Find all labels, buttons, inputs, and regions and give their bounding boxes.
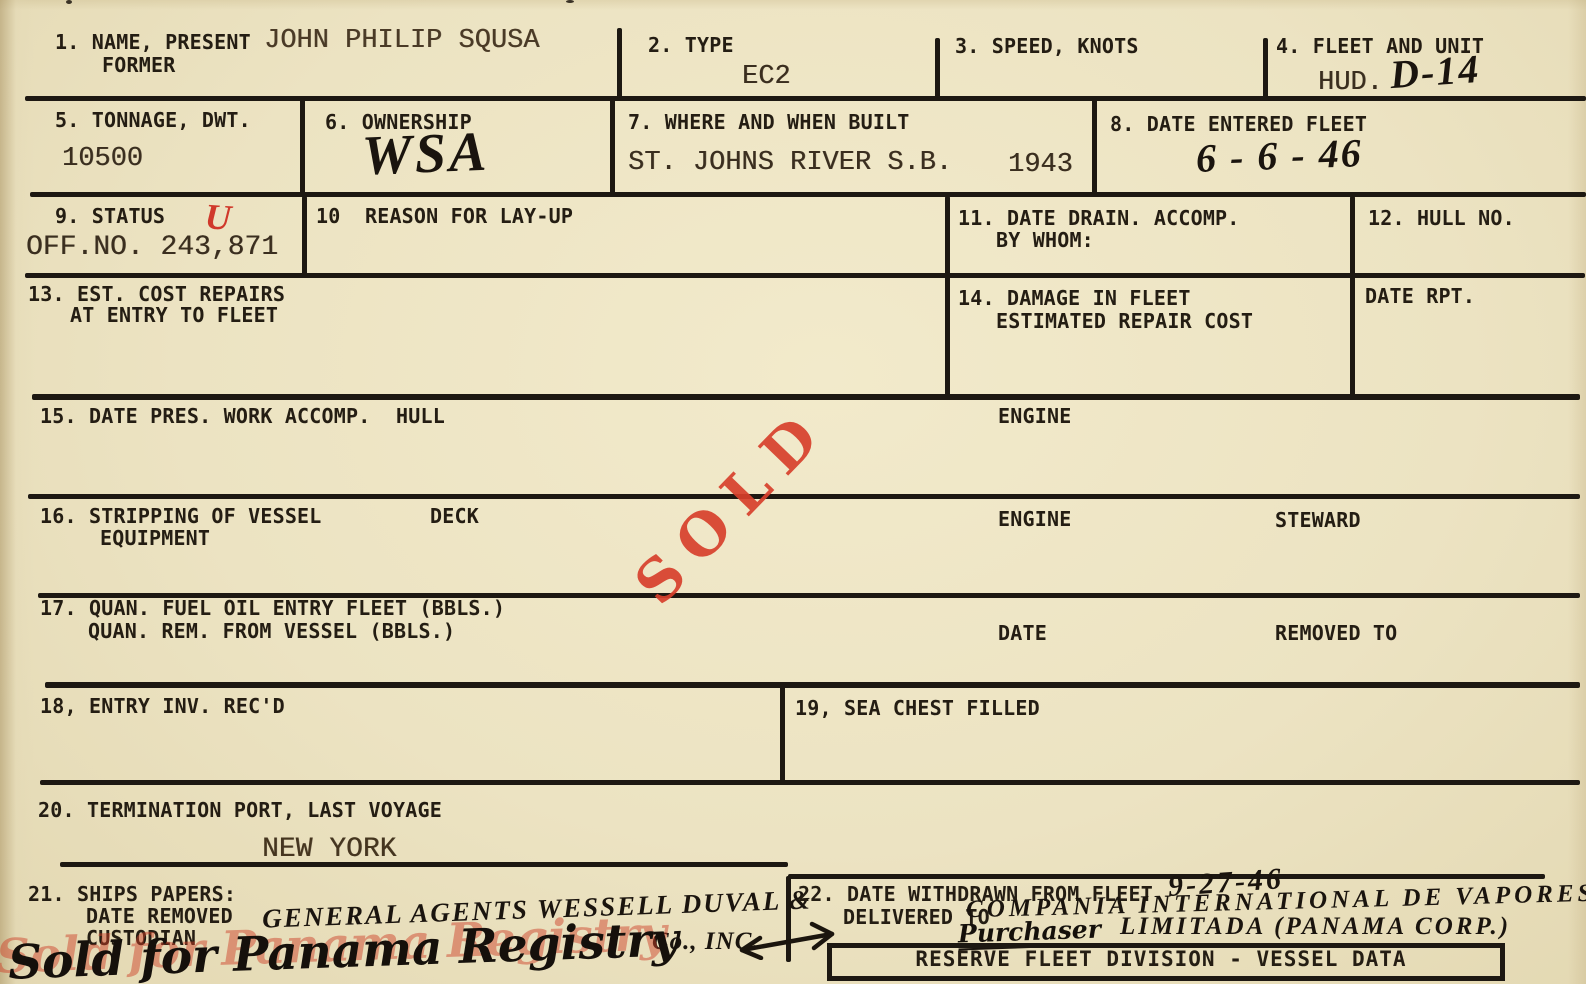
- field-15-engine-label: ENGINE: [998, 406, 1071, 427]
- field-7-label: 7. WHERE AND WHEN BUILT: [628, 112, 910, 133]
- field-14-date-rpt-label: DATE RPT.: [1365, 286, 1475, 307]
- grid-line-v: [780, 686, 785, 783]
- field-9-official-number: OFF.NO. 243,871: [26, 232, 278, 263]
- field-13-label2: AT ENTRY TO FLEET: [70, 305, 278, 326]
- grid-line-v: [1263, 38, 1268, 98]
- field-8-handwritten-value: 6 - 6 - 46: [1195, 129, 1363, 182]
- field-1-value: JOHN PHILIP SQUSA: [264, 26, 539, 56]
- field-17-label2: QUAN. REM. FROM VESSEL (BBLS.): [88, 621, 455, 642]
- field-17-label: 17. QUAN. FUEL OIL ENTRY FLEET (BBLS.): [40, 598, 505, 619]
- field-15-hull-label: HULL: [396, 406, 445, 427]
- paper-speck: [566, 0, 574, 3]
- field-4-handwritten-value: D-14: [1388, 45, 1481, 98]
- field-16-deck-label: DECK: [430, 506, 479, 527]
- grid-line-h: [60, 862, 788, 867]
- field-5-value: 10500: [62, 144, 143, 174]
- sold-stamp: SOLD: [595, 367, 870, 644]
- field-1-former-label: FORMER: [102, 55, 175, 76]
- field-4-typed-value: HUD.: [1318, 68, 1383, 98]
- field-2-value: EC2: [742, 62, 791, 92]
- field-16-steward-label: STEWARD: [1275, 510, 1361, 531]
- field-1-label: 1. NAME, PRESENT: [55, 32, 251, 53]
- field-11-label: 11. DATE DRAIN. ACCOMP.: [958, 208, 1240, 229]
- field-2-label: 2. TYPE: [648, 35, 734, 56]
- grid-line-v: [935, 38, 940, 98]
- field-16-label: 16. STRIPPING OF VESSEL: [40, 506, 322, 527]
- field-19-label: 19, SEA CHEST FILLED: [795, 698, 1040, 719]
- field-21-label: 21. SHIPS PAPERS:: [28, 884, 236, 905]
- field-10-label: 10 REASON FOR LAY-UP: [316, 206, 573, 227]
- field-17-removed-to-label: REMOVED TO: [1275, 623, 1397, 644]
- vessel-data-card: 1. NAME, PRESENT JOHN PHILIP SQUSA FORME…: [0, 0, 1586, 984]
- grid-line-v: [610, 98, 615, 194]
- field-15-label: 15. DATE PRES. WORK ACCOMP.: [40, 406, 371, 427]
- grid-line-v: [945, 196, 950, 397]
- grid-line-h: [40, 780, 1580, 785]
- grid-line-v: [302, 196, 307, 276]
- paper-speck: [66, 0, 72, 4]
- field-17-date-label: DATE: [998, 623, 1047, 644]
- field-7-year-value: 1943: [1008, 150, 1073, 180]
- field-3-label: 3. SPEED, KNOTS: [955, 36, 1139, 57]
- field-11-by-whom-label: BY WHOM:: [996, 230, 1094, 251]
- field-16-label2: EQUIPMENT: [100, 528, 210, 549]
- field-20-value: NEW YORK: [262, 834, 396, 865]
- field-16-engine-label: ENGINE: [998, 509, 1071, 530]
- field-12-label: 12. HULL NO.: [1368, 208, 1515, 229]
- field-9-label: 9. STATUS: [55, 206, 165, 227]
- field-14-label2: ESTIMATED REPAIR COST: [996, 311, 1253, 332]
- grid-line-v: [1350, 196, 1355, 397]
- grid-line-h: [32, 394, 1580, 400]
- grid-line-v: [300, 98, 305, 194]
- field-13-label: 13. EST. COST REPAIRS: [28, 284, 285, 305]
- grid-line-v: [1092, 98, 1097, 194]
- field-14-label: 14. DAMAGE IN FLEET: [958, 288, 1191, 309]
- footer-title: RESERVE FLEET DIVISION - VESSEL DATA: [832, 948, 1490, 970]
- field-5-label: 5. TONNAGE, DWT.: [55, 110, 251, 131]
- grid-line-v: [617, 28, 622, 98]
- field-18-label: 18, ENTRY INV. REC'D: [40, 696, 285, 717]
- field-7-value: ST. JOHNS RIVER S.B.: [628, 148, 952, 178]
- field-20-label: 20. TERMINATION PORT, LAST VOYAGE: [38, 800, 442, 821]
- grid-line-h: [45, 682, 1580, 688]
- field-6-handwritten-value: WSA: [361, 120, 490, 188]
- field-22-delivered-handwritten-line2: LIMITADA (PANAMA CORP.): [1120, 913, 1511, 941]
